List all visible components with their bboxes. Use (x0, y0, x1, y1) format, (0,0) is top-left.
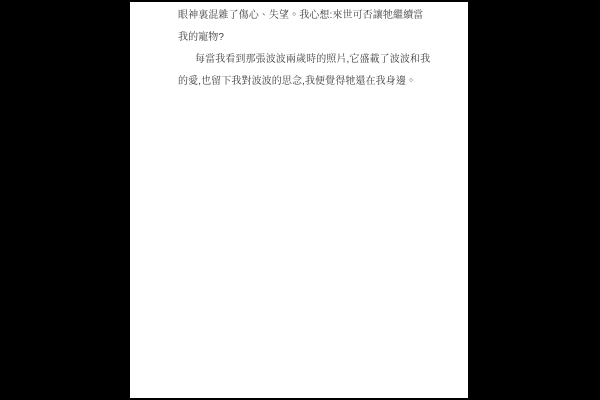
document-text: 眼神裏混雜了傷心、失望。我心想:來世可否讓牠繼續當 我的寵物? 每當我看到那張波… (178, 5, 440, 93)
document-page: 眼神裏混雜了傷心、失望。我心想:來世可否讓牠繼續當 我的寵物? 每當我看到那張波… (130, 2, 468, 398)
viewer-canvas: 眼神裏混雜了傷心、失望。我心想:來世可否讓牠繼續當 我的寵物? 每當我看到那張波… (0, 0, 600, 400)
text-line: 每當我看到那張波波兩歲時的照片,它盛載了波波和我 (178, 49, 440, 71)
text-line: 的愛,也留下我對波波的思念,我便覺得牠還在我身邊。 (178, 71, 440, 93)
text-line: 眼神裏混雜了傷心、失望。我心想:來世可否讓牠繼續當 (178, 5, 440, 27)
text-line: 我的寵物? (178, 27, 440, 49)
